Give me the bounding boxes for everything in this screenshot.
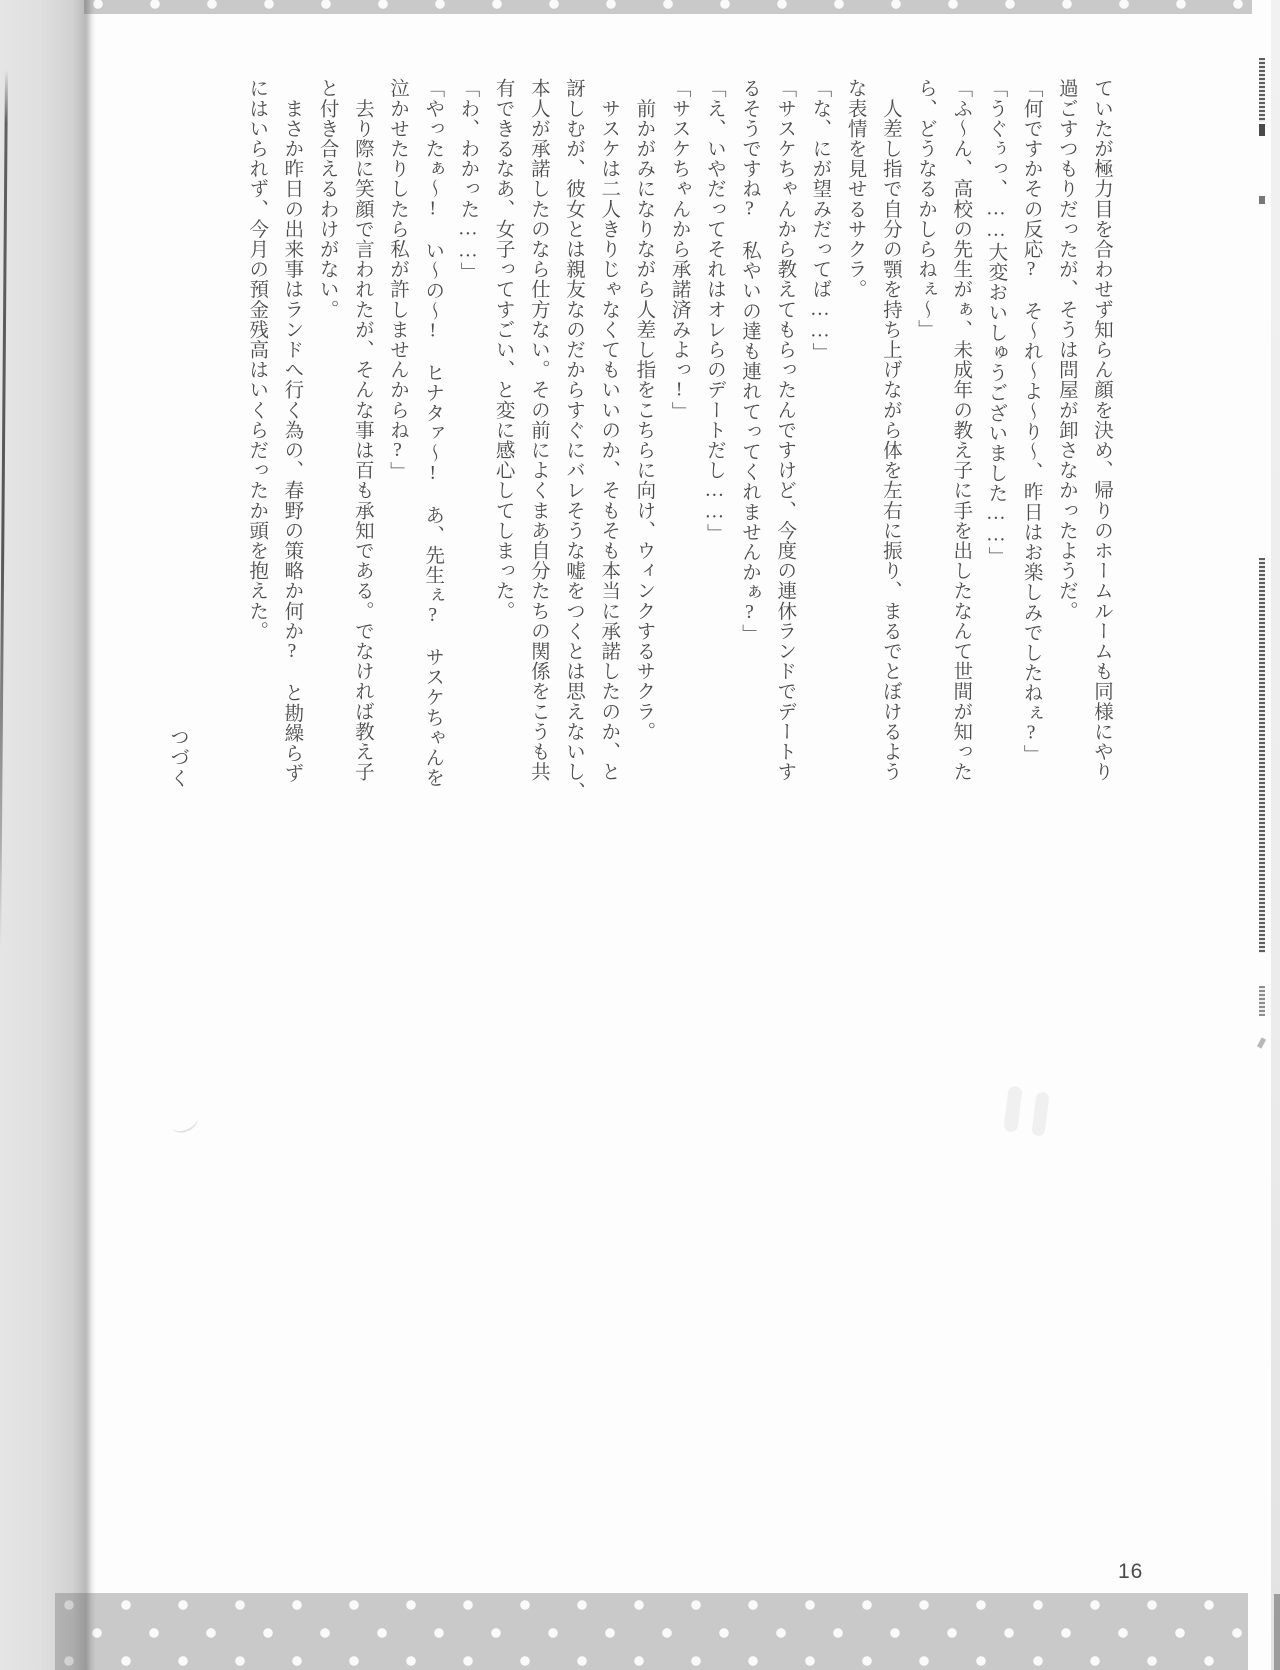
text-column-9: 「な、にが望みだってば……」 bbox=[808, 78, 830, 862]
text-column-6: ら、どうなるかしらねぇ〜」 bbox=[914, 78, 936, 862]
binding-gutter-shadow bbox=[0, 0, 96, 1670]
top-dot-border bbox=[84, 0, 1252, 14]
text-column-25: にはいられず、今月の預金残高はいくらだったか頭を抱えた。 bbox=[245, 78, 267, 862]
text-column-18: 有できるなあ、女子ってすごい、と変に感心してしまった。 bbox=[492, 78, 514, 862]
text-column-3: 「何ですかその反応? そ〜れ〜よ〜り〜、昨日はお楽しみでしたねぇ?」 bbox=[1020, 78, 1042, 862]
text-column-19: 「わ、わかった……」 bbox=[456, 78, 478, 862]
text-column-7: 人差し指で自分の顎を持ち上げながら体を左右に振り、まるでとぼけるよう bbox=[879, 78, 901, 862]
text-column-2: 過ごすつもりだったが、そうは問屋が卸さなかったようだ。 bbox=[1055, 78, 1077, 862]
text-column-11: るそうですね? 私やいの達も連れてってくれませんかぁ?」 bbox=[738, 78, 760, 862]
page-stack-mark bbox=[1257, 1037, 1266, 1048]
text-column-5: 「ふ〜ん、高校の先生がぁ、未成年の教え子に手を出したなんて世間が知った bbox=[949, 78, 971, 862]
text-column-12: 「え、いやだってそれはオレらのデートだし……」 bbox=[703, 78, 725, 862]
page-stack-mark bbox=[1259, 58, 1265, 122]
text-column-14: 前かがみになりながら人差し指をこちらに向け、ウィンクするサクラ。 bbox=[632, 78, 654, 862]
text-column-1: ていたが極力目を合わせず知らん顔を決め、帰りのホームルームも同様にやり bbox=[1090, 78, 1112, 862]
page-stack-mark bbox=[1259, 558, 1265, 953]
text-column-4: 「うぐぅっ、……大変おいしゅうございました……」 bbox=[984, 78, 1006, 862]
text-column-8: な表情を見せるサクラ。 bbox=[844, 78, 866, 862]
text-column-17: 本人が承諾したのなら仕方ない。その前によくまあ自分たちの関係をこうも共 bbox=[527, 78, 549, 862]
scan-right-edge-shadow bbox=[1274, 1594, 1280, 1670]
text-column-16: 訝しむが、彼女とは親友なのだからすぐにバレそうな嘘をつくとは思えないし、 bbox=[562, 78, 584, 862]
page-number: 16 bbox=[1118, 1560, 1143, 1584]
bottom-dot-border bbox=[55, 1593, 1248, 1670]
text-column-10: 「サスケちゃんから教えてもらったんですけど、今度の連休ランドでデートす bbox=[773, 78, 795, 862]
page-stack-mark bbox=[1259, 124, 1265, 136]
binding-crease-line bbox=[0, 70, 8, 950]
continuation-marker: つづく bbox=[166, 727, 188, 807]
scanned-book-page: ていたが極力目を合わせず知らん顔を決め、帰りのホームルームも同様にやり 過ごすつ… bbox=[0, 0, 1280, 1670]
text-column-21: 泣かせたりしたら私が許しませんからね?」 bbox=[386, 78, 408, 862]
scan-right-edge bbox=[1271, 0, 1280, 1670]
page-stack-mark bbox=[1259, 986, 1265, 1016]
ink-bleedthrough bbox=[1031, 1091, 1049, 1136]
text-column-23: と付き合えるわけがない。 bbox=[316, 78, 338, 862]
faint-pencil-mark bbox=[167, 1107, 200, 1136]
text-column-22: 去り際に笑顔で言われたが、そんな事は百も承知である。でなければ教え子 bbox=[351, 78, 373, 862]
text-column-15: サスケは二人きりじゃなくてもいいのか、そもそも本当に承諾したのか、と bbox=[597, 78, 619, 862]
text-column-13: 「サスケちゃんから承諾済みよっ!」 bbox=[668, 78, 690, 862]
ink-bleedthrough bbox=[1003, 1085, 1023, 1132]
page-stack-mark bbox=[1259, 196, 1265, 204]
text-column-20: 「やったぁ〜! い〜の〜! ヒナタァ〜! あ、先生ぇ? サスケちゃんを bbox=[421, 78, 443, 862]
text-column-24: まさか昨日の出来事はランドへ行く為の、春野の策略か何か? と勘繰らず bbox=[280, 78, 302, 862]
